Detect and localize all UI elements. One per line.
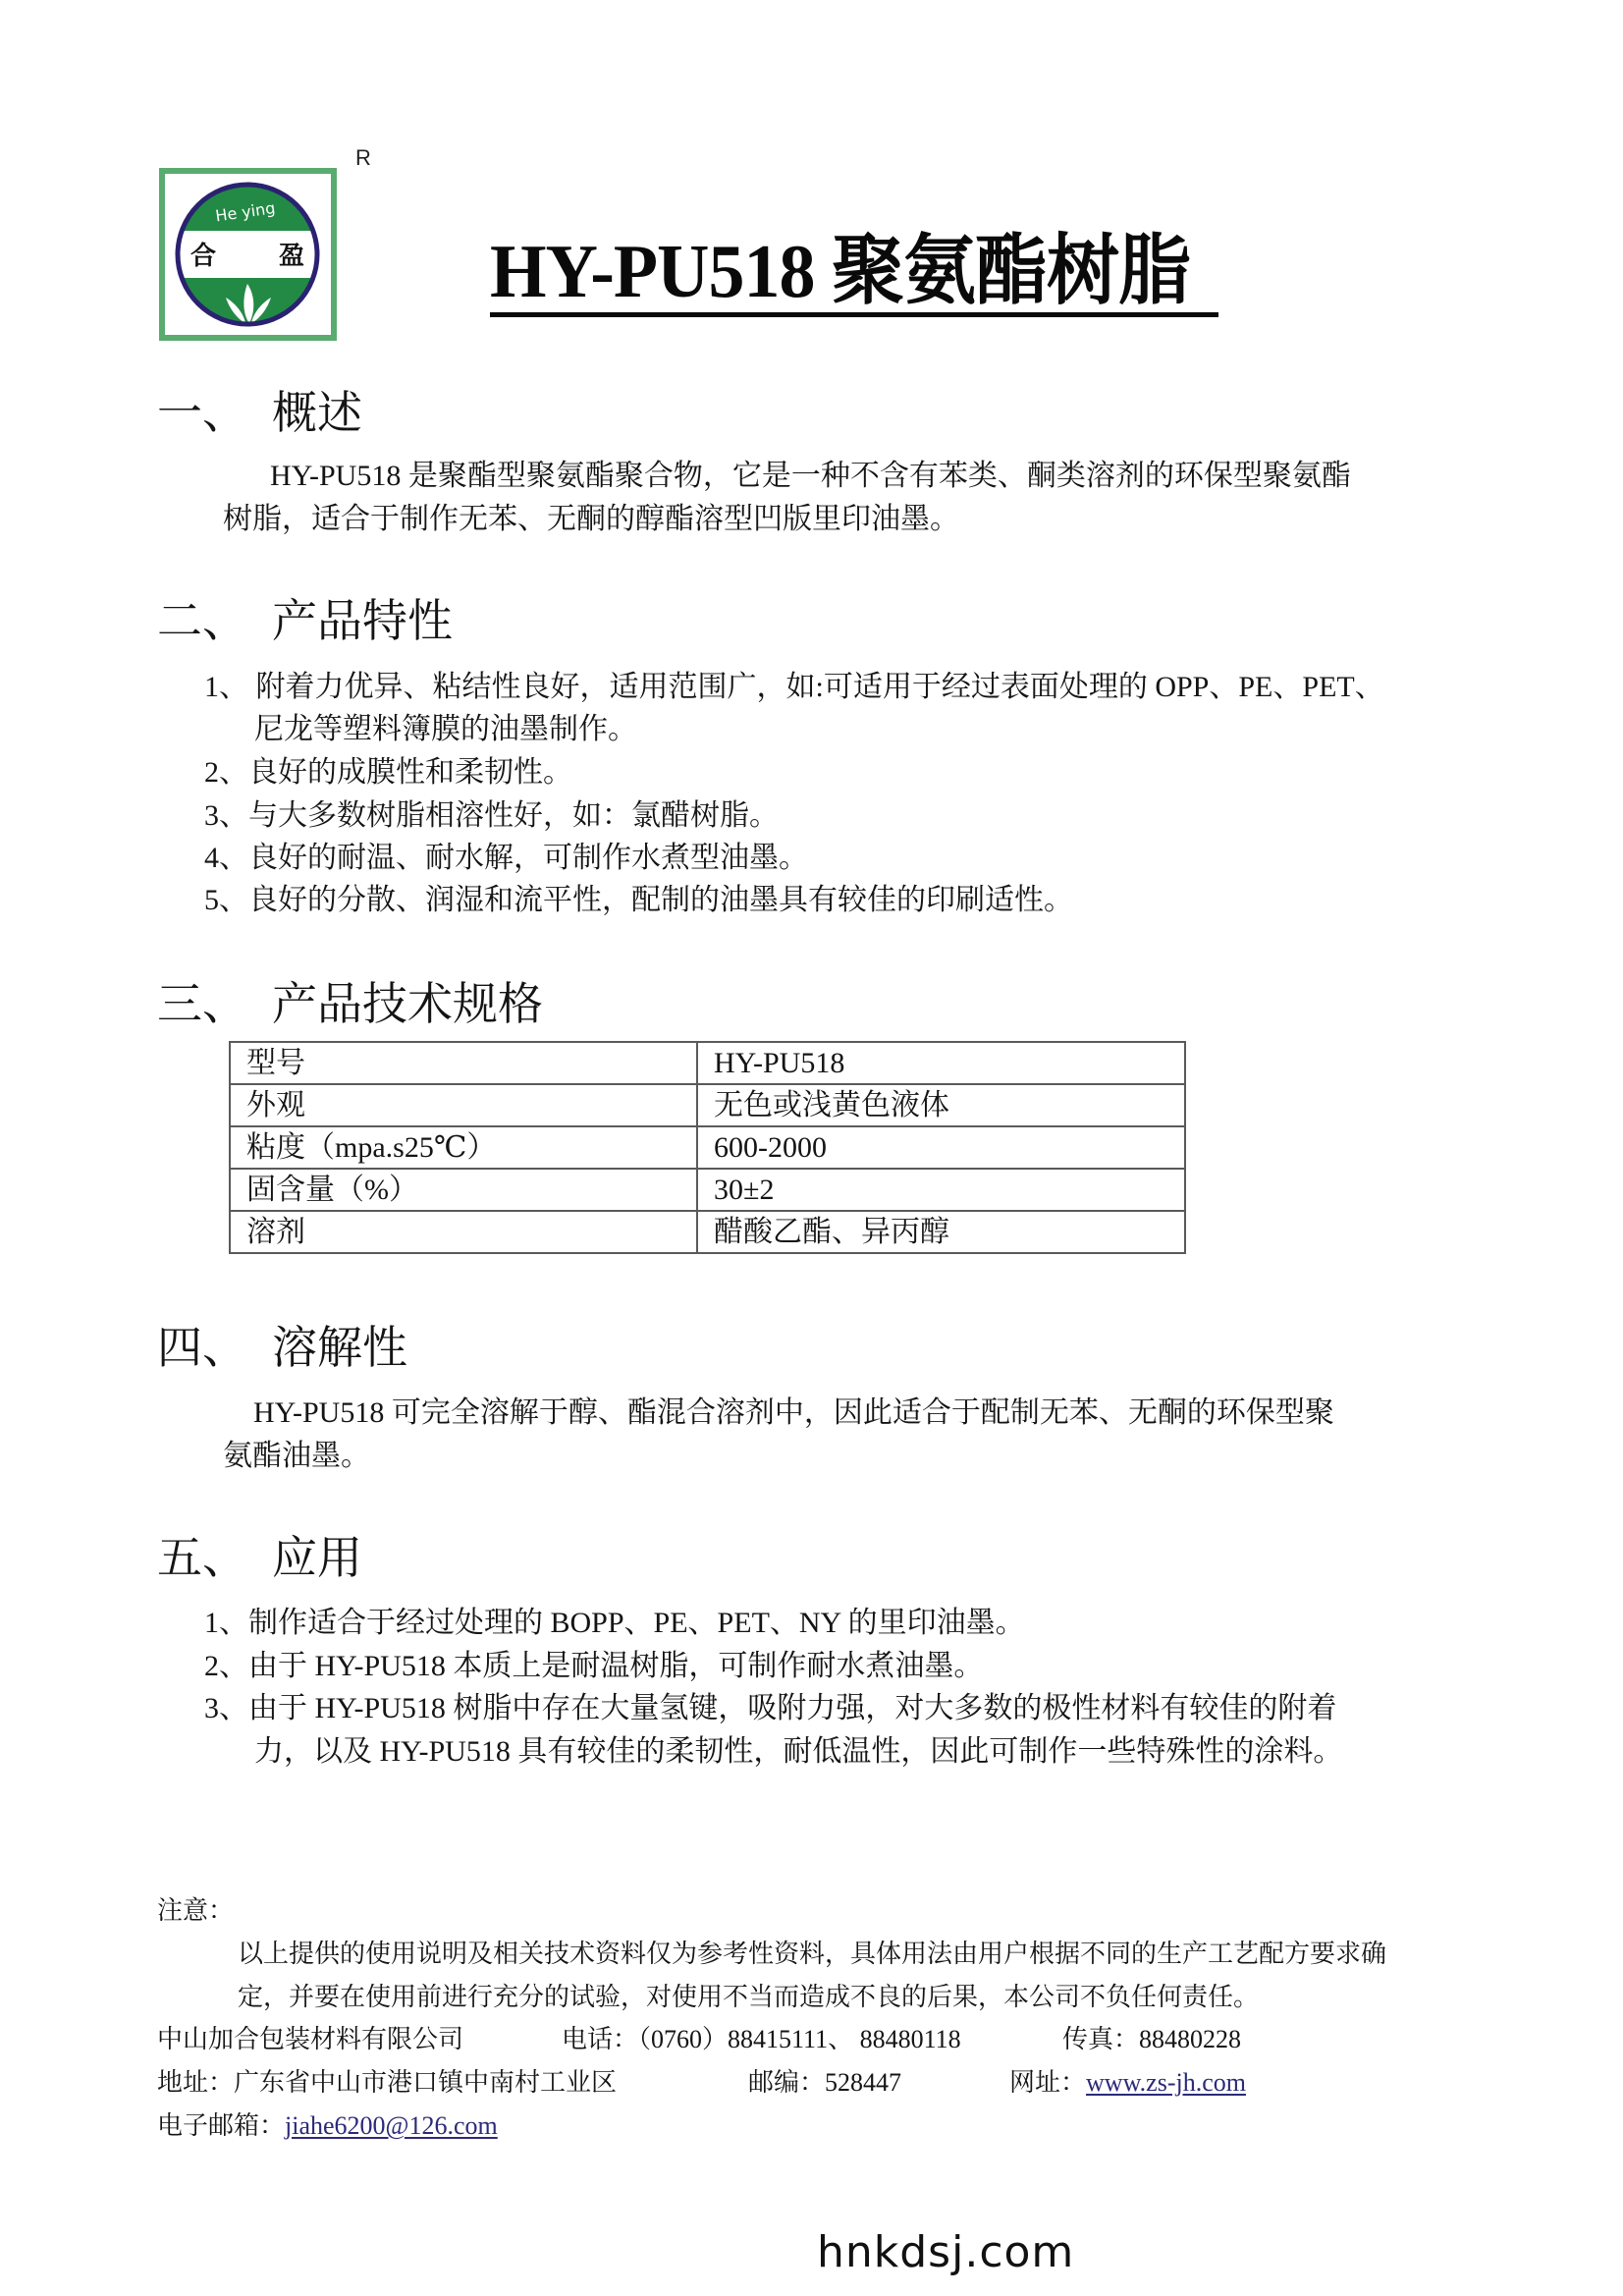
solubility-paragraph-line-2: 氨酯油墨。 bbox=[223, 1442, 370, 1471]
page-title: HY-PU518 聚氨酯树脂 bbox=[490, 234, 1190, 310]
list-marker: 4、 bbox=[204, 842, 248, 874]
list-marker: 1、 bbox=[204, 1607, 248, 1639]
list-text: 附着力优异、粘结性良好，适用范围广，如:可适用于经过表面处理的 OPP、PE、P… bbox=[256, 671, 1384, 703]
notice-line-2: 定，并要在使用前进行充分的试验，对使用不当而造成不良的后果，本公司不负任何责任。 bbox=[238, 1985, 1259, 2010]
feature-item-4: 4、良好的耐温、耐水解，可制作水煮型油墨。 bbox=[204, 844, 808, 873]
svg-text:合: 合 bbox=[190, 241, 216, 271]
application-item-1: 1、制作适合于经过处理的 BOPP、PE、PET、NY 的里印油墨。 bbox=[204, 1609, 1025, 1638]
section-title: 溶解性 bbox=[272, 1326, 407, 1371]
logo-emblem-icon: He ying 合 盈 bbox=[165, 174, 331, 335]
feature-item-1: 1、 附着力优异、粘结性良好，适用范围广，如:可适用于经过表面处理的 OPP、P… bbox=[204, 673, 1384, 702]
notice-line-1: 以上提供的使用说明及相关技术资料仅为参考性资料，具体用法由用户根据不同的生产工艺… bbox=[238, 1941, 1386, 1967]
spec-value: 醋酸乙酯、异丙醇 bbox=[697, 1211, 1185, 1253]
table-row: 型号 HY-PU518 bbox=[230, 1042, 1185, 1084]
fax-info: 传真：88480228 bbox=[1062, 2027, 1241, 2052]
spec-label: 粘度（mpa.s25℃） bbox=[230, 1126, 697, 1169]
application-item-3-continuation: 力，以及 HY-PU518 具有较佳的柔韧性，耐低温性，因此可制作一些特殊性的涂… bbox=[254, 1737, 1342, 1767]
section-title: 应用 bbox=[272, 1536, 362, 1581]
company-logo: He ying 合 盈 bbox=[159, 168, 337, 341]
list-text: 由于 HY-PU518 本质上是耐温树脂，可制作耐水煮油墨。 bbox=[248, 1650, 983, 1682]
address-info: 地址：广东省中山市港口镇中南村工业区 bbox=[157, 2070, 617, 2096]
application-item-2: 2、由于 HY-PU518 本质上是耐温树脂，可制作耐水煮油墨。 bbox=[204, 1652, 983, 1681]
website-link[interactable]: www.zs-jh.com bbox=[1086, 2068, 1246, 2097]
title-underline bbox=[490, 312, 1218, 317]
company-name: 中山加合包装材料有限公司 bbox=[157, 2027, 463, 2052]
phone-label: 电话： bbox=[562, 2025, 638, 2053]
list-text: 良好的分散、润湿和流平性，配制的油墨具有较佳的印刷适性。 bbox=[248, 884, 1073, 916]
solubility-paragraph-line-1: HY-PU518 可完全溶解于醇、酯混合溶剂中，因此适合于配制无苯、无酮的环保型… bbox=[253, 1398, 1334, 1428]
section-heading-features: 二、产品特性 bbox=[157, 599, 453, 644]
spec-label: 溶剂 bbox=[230, 1211, 697, 1253]
section-number: 五、 bbox=[157, 1536, 272, 1581]
feature-item-3: 3、与大多数树脂相溶性好，如：氯醋树脂。 bbox=[204, 801, 779, 831]
spec-label: 外观 bbox=[230, 1084, 697, 1126]
list-marker: 3、 bbox=[204, 1692, 248, 1724]
table-row: 固含量（%） 30±2 bbox=[230, 1169, 1185, 1211]
list-text: 制作适合于经过处理的 BOPP、PE、PET、NY 的里印油墨。 bbox=[248, 1607, 1025, 1639]
postcode-value: 528447 bbox=[825, 2068, 901, 2097]
table-row: 溶剂 醋酸乙酯、异丙醇 bbox=[230, 1211, 1185, 1253]
email-info: 电子邮箱：jiahe6200@126.com bbox=[157, 2113, 498, 2139]
list-marker: 2、 bbox=[204, 1650, 248, 1682]
table-row: 粘度（mpa.s25℃） 600-2000 bbox=[230, 1126, 1185, 1169]
section-title: 概述 bbox=[272, 391, 362, 436]
list-text: 良好的成膜性和柔韧性。 bbox=[248, 756, 572, 789]
spec-value: 600-2000 bbox=[697, 1126, 1185, 1169]
registered-trademark-mark: R bbox=[355, 145, 371, 171]
spec-label: 固含量（%） bbox=[230, 1169, 697, 1211]
section-title: 产品技术规格 bbox=[272, 982, 543, 1027]
spec-value: HY-PU518 bbox=[697, 1042, 1185, 1084]
list-text: 良好的耐温、耐水解，可制作水煮型油墨。 bbox=[248, 842, 808, 874]
section-number: 二、 bbox=[157, 599, 272, 644]
phone-info: 电话：（0760）88415111、 88480118 bbox=[562, 2027, 961, 2052]
website-label: 网址： bbox=[1009, 2068, 1086, 2097]
address-value: 广东省中山市港口镇中南村工业区 bbox=[234, 2068, 617, 2097]
feature-item-5: 5、良好的分散、润湿和流平性，配制的油墨具有较佳的印刷适性。 bbox=[204, 886, 1073, 915]
fax-value: 88480228 bbox=[1139, 2025, 1241, 2053]
section-heading-specifications: 三、产品技术规格 bbox=[157, 982, 543, 1027]
section-heading-overview: 一、概述 bbox=[157, 391, 362, 436]
list-marker: 2、 bbox=[204, 756, 248, 789]
table-row: 外观 无色或浅黄色液体 bbox=[230, 1084, 1185, 1126]
postcode-label: 邮编： bbox=[748, 2068, 825, 2097]
website-info: 网址：www.zs-jh.com bbox=[1009, 2070, 1246, 2096]
notice-heading: 注意： bbox=[157, 1898, 234, 1924]
email-link[interactable]: jiahe6200@126.com bbox=[285, 2111, 498, 2140]
watermark-text: hnkdsj.com bbox=[817, 2227, 1074, 2277]
overview-paragraph-line-1: HY-PU518 是聚酯型聚氨酯聚合物，它是一种不含有苯类、酮类溶剂的环保型聚氨… bbox=[270, 462, 1351, 491]
spec-label: 型号 bbox=[230, 1042, 697, 1084]
feature-item-2: 2、良好的成膜性和柔韧性。 bbox=[204, 758, 572, 788]
spec-value: 无色或浅黄色液体 bbox=[697, 1084, 1185, 1126]
section-number: 四、 bbox=[157, 1326, 272, 1371]
section-heading-applications: 五、应用 bbox=[157, 1536, 362, 1581]
feature-item-1-continuation: 尼龙等塑料簿膜的油墨制作。 bbox=[254, 715, 637, 744]
section-number: 一、 bbox=[157, 391, 272, 436]
section-title: 产品特性 bbox=[272, 599, 453, 644]
list-marker: 3、 bbox=[204, 799, 248, 832]
svg-text:盈: 盈 bbox=[279, 242, 304, 271]
list-text: 由于 HY-PU518 树脂中存在大量氢键，吸附力强，对大多数的极性材料有较佳的… bbox=[248, 1692, 1336, 1724]
address-label: 地址： bbox=[157, 2068, 234, 2097]
overview-paragraph-line-2: 树脂，适合于制作无苯、无酮的醇酯溶型凹版里印油墨。 bbox=[223, 505, 959, 534]
phone-value: （0760）88415111、 88480118 bbox=[638, 2025, 961, 2053]
list-marker: 5、 bbox=[204, 884, 248, 916]
spec-value: 30±2 bbox=[697, 1169, 1185, 1211]
list-marker: 1、 bbox=[204, 671, 248, 703]
email-label: 电子邮箱： bbox=[157, 2111, 285, 2140]
section-number: 三、 bbox=[157, 982, 272, 1027]
application-item-3: 3、由于 HY-PU518 树脂中存在大量氢键，吸附力强，对大多数的极性材料有较… bbox=[204, 1694, 1336, 1723]
section-heading-solubility: 四、溶解性 bbox=[157, 1326, 407, 1371]
list-text: 与大多数树脂相溶性好，如：氯醋树脂。 bbox=[248, 799, 779, 832]
fax-label: 传真： bbox=[1062, 2025, 1139, 2053]
spec-table: 型号 HY-PU518 外观 无色或浅黄色液体 粘度（mpa.s25℃） 600… bbox=[229, 1041, 1186, 1254]
postcode-info: 邮编：528447 bbox=[748, 2070, 901, 2096]
